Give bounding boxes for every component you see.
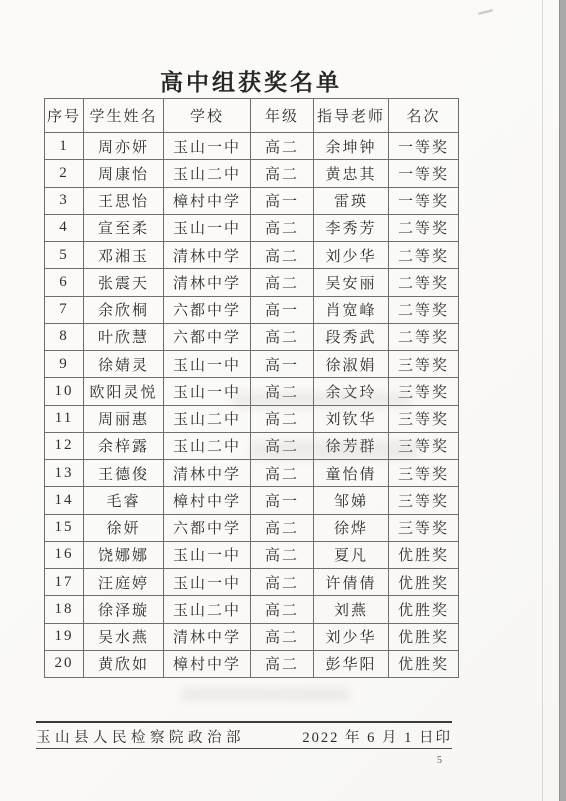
cell-student-name: 汪庭婷 [84,569,164,596]
cell-student-name: 欧阳灵悦 [84,378,164,405]
cell-advisor: 彭华阳 [314,650,389,677]
cell-student-name: 余梓露 [84,432,164,459]
cell-school: 玉山一中 [164,569,251,596]
cell-advisor: 余坤钟 [314,133,389,160]
table-row: 7余欣桐六都中学高一肖宽峰二等奖 [45,296,459,323]
table-row: 11周丽惠玉山二中高二刘钦华三等奖 [45,405,459,432]
cell-index: 2 [45,160,84,187]
cell-school: 六都中学 [164,514,251,541]
cell-advisor: 段秀武 [314,323,389,350]
cell-student-name: 吴水燕 [84,623,164,650]
table-row: 13王德俊清林中学高二童怡倩三等奖 [45,460,459,487]
table-row: 4宣至柔玉山一中高二李秀芳二等奖 [45,214,459,241]
cell-grade: 高一 [251,487,314,514]
table-row: 20黄欣如樟村中学高二彭华阳优胜奖 [45,650,459,677]
cell-student-name: 黄欣如 [84,650,164,677]
cell-index: 16 [45,541,84,568]
cell-grade: 高二 [251,650,314,677]
table-row: 2周康怡玉山二中高二黄忠其一等奖 [45,160,459,187]
cell-grade: 高二 [251,541,314,568]
cell-rank: 优胜奖 [389,650,459,677]
cell-index: 5 [45,242,84,269]
cell-index: 9 [45,351,84,378]
cell-student-name: 周康怡 [84,160,164,187]
cell-index: 14 [45,487,84,514]
cell-advisor: 肖宽峰 [314,296,389,323]
cell-grade: 高二 [251,160,314,187]
cell-advisor: 雷瑛 [314,187,389,214]
cell-advisor: 童怡倩 [314,460,389,487]
cell-student-name: 徐泽璇 [84,596,164,623]
cell-advisor: 徐淑娟 [314,351,389,378]
cell-school: 清林中学 [164,269,251,296]
cell-school: 玉山一中 [164,541,251,568]
cell-rank: 二等奖 [389,214,459,241]
cell-index: 8 [45,323,84,350]
cell-index: 7 [45,296,84,323]
table-row: 19吴水燕清林中学高二刘少华优胜奖 [45,623,459,650]
cell-grade: 高二 [251,514,314,541]
cell-grade: 高二 [251,269,314,296]
cell-rank: 一等奖 [389,187,459,214]
cell-index: 19 [45,623,84,650]
cell-student-name: 王思怡 [84,187,164,214]
award-winners-table: 序号学生姓名学校年级指导老师名次 1周亦妍玉山一中高二余坤钟一等奖2周康怡玉山二… [44,98,459,678]
cell-advisor: 刘钦华 [314,405,389,432]
scanned-paper-page: 高中组获奖名单 序号学生姓名学校年级指导老师名次 1周亦妍玉山一中高二余坤钟一等… [0,0,560,801]
cell-rank: 一等奖 [389,160,459,187]
cell-school: 玉山一中 [164,133,251,160]
cell-grade: 高二 [251,596,314,623]
footer-bottom-rule [36,748,452,749]
cell-student-name: 徐婧灵 [84,351,164,378]
cell-index: 1 [45,133,84,160]
cell-rank: 二等奖 [389,296,459,323]
cell-rank: 优胜奖 [389,623,459,650]
cell-rank: 一等奖 [389,133,459,160]
table-header-row: 序号学生姓名学校年级指导老师名次 [45,99,459,133]
cell-school: 樟村中学 [164,650,251,677]
cell-index: 10 [45,378,84,405]
table-row: 14毛睿樟村中学高一邹娣三等奖 [45,487,459,514]
header-index: 序号 [45,99,84,133]
cell-grade: 高二 [251,323,314,350]
cell-rank: 三等奖 [389,514,459,541]
cell-advisor: 许倩倩 [314,569,389,596]
table-row: 16饶娜娜玉山一中高二夏凡优胜奖 [45,541,459,568]
cell-school: 玉山一中 [164,351,251,378]
cell-advisor: 刘少华 [314,242,389,269]
header-advisor: 指导老师 [314,99,389,133]
cell-school: 玉山一中 [164,214,251,241]
cell-student-name: 叶欣慧 [84,323,164,350]
cell-rank: 二等奖 [389,242,459,269]
cell-student-name: 周亦妍 [84,133,164,160]
footer-issuer: 玉山县人民检察院政治部 [36,726,245,747]
table-row: 5邓湘玉清林中学高二刘少华二等奖 [45,242,459,269]
cell-index: 15 [45,514,84,541]
page-number: 5 [437,755,442,766]
cell-school: 清林中学 [164,460,251,487]
cell-index: 12 [45,432,84,459]
header-grade: 年级 [251,99,314,133]
cell-school: 樟村中学 [164,187,251,214]
cell-advisor: 吴安丽 [314,269,389,296]
cell-rank: 二等奖 [389,269,459,296]
table-row: 15徐妍六都中学高二徐烨三等奖 [45,514,459,541]
scan-bleedthrough-smudge [250,440,418,460]
cell-school: 六都中学 [164,296,251,323]
scan-bleedthrough-smudge [180,688,350,701]
cell-index: 13 [45,460,84,487]
header-school: 学校 [164,99,251,133]
table-row: 18徐泽璇玉山二中高二刘燕优胜奖 [45,596,459,623]
cell-rank: 三等奖 [389,405,459,432]
document-title: 高中组获奖名单 [44,64,458,97]
cell-student-name: 毛睿 [84,487,164,514]
footer: 玉山县人民检察院政治部 2022 年 6 月 1 日印 [36,726,452,747]
header-student-name: 学生姓名 [84,99,164,133]
cell-grade: 高二 [251,569,314,596]
cell-student-name: 徐妍 [84,514,164,541]
cell-grade: 高二 [251,623,314,650]
page-fold-line [542,0,543,801]
cell-grade: 高二 [251,133,314,160]
cell-index: 11 [45,405,84,432]
cell-student-name: 王德俊 [84,460,164,487]
cell-index: 20 [45,650,84,677]
table-row: 1周亦妍玉山一中高二余坤钟一等奖 [45,133,459,160]
table-row: 6张震天清林中学高二吴安丽二等奖 [45,269,459,296]
cell-advisor: 刘少华 [314,623,389,650]
cell-grade: 高一 [251,187,314,214]
cell-student-name: 周丽惠 [84,405,164,432]
cell-index: 6 [45,269,84,296]
table-row: 3王思怡樟村中学高一雷瑛一等奖 [45,187,459,214]
cell-school: 清林中学 [164,242,251,269]
header-rank: 名次 [389,99,459,133]
cell-rank: 三等奖 [389,487,459,514]
cell-grade: 高一 [251,296,314,323]
pen-mark [478,9,493,15]
footer-top-rule [36,721,452,723]
cell-student-name: 张震天 [84,269,164,296]
cell-grade: 高一 [251,351,314,378]
cell-student-name: 邓湘玉 [84,242,164,269]
cell-rank: 二等奖 [389,323,459,350]
cell-rank: 优胜奖 [389,541,459,568]
table-row: 9徐婧灵玉山一中高一徐淑娟三等奖 [45,351,459,378]
cell-index: 17 [45,569,84,596]
cell-school: 六都中学 [164,323,251,350]
table-row: 8叶欣慧六都中学高二段秀武二等奖 [45,323,459,350]
cell-grade: 高二 [251,214,314,241]
table-row: 17汪庭婷玉山一中高二许倩倩优胜奖 [45,569,459,596]
cell-rank: 优胜奖 [389,596,459,623]
table-header: 序号学生姓名学校年级指导老师名次 [45,99,459,133]
cell-school: 玉山二中 [164,432,251,459]
cell-grade: 高二 [251,242,314,269]
cell-advisor: 黄忠其 [314,160,389,187]
cell-grade: 高二 [251,460,314,487]
cell-advisor: 夏凡 [314,541,389,568]
cell-advisor: 刘燕 [314,596,389,623]
cell-rank: 三等奖 [389,351,459,378]
scan-bleedthrough-smudge [232,392,410,408]
cell-index: 3 [45,187,84,214]
cell-school: 玉山二中 [164,405,251,432]
cell-advisor: 李秀芳 [314,214,389,241]
cell-student-name: 余欣桐 [84,296,164,323]
cell-advisor: 徐烨 [314,514,389,541]
cell-index: 4 [45,214,84,241]
cell-student-name: 宣至柔 [84,214,164,241]
cell-grade: 高二 [251,405,314,432]
footer-print-date: 2022 年 6 月 1 日印 [302,726,452,747]
cell-school: 樟村中学 [164,487,251,514]
cell-school: 玉山二中 [164,160,251,187]
cell-index: 18 [45,596,84,623]
cell-student-name: 饶娜娜 [84,541,164,568]
cell-school: 玉山二中 [164,596,251,623]
cell-rank: 三等奖 [389,460,459,487]
cell-school: 清林中学 [164,623,251,650]
cell-rank: 优胜奖 [389,569,459,596]
cell-advisor: 邹娣 [314,487,389,514]
